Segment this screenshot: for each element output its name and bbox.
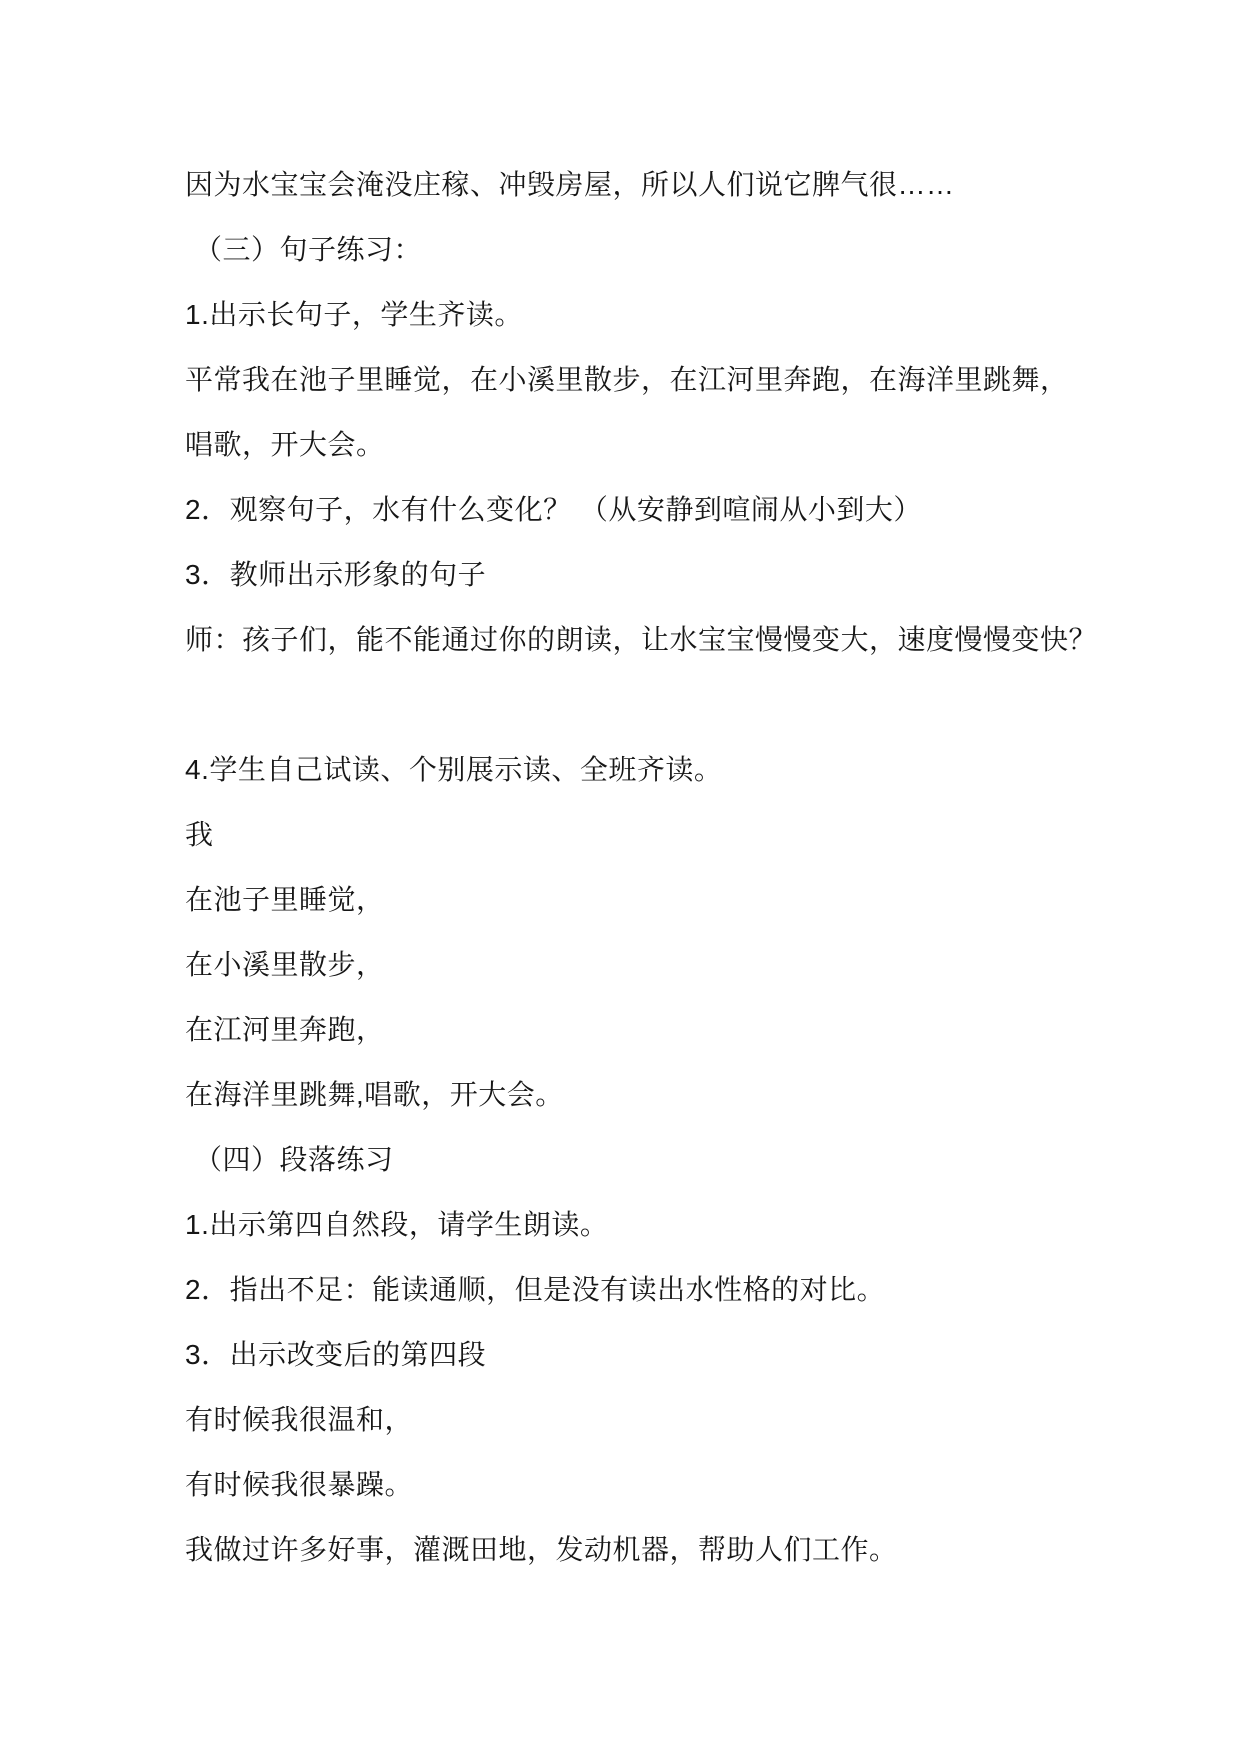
paragraph-line: （四）段落练习 (185, 1127, 1171, 1192)
paragraph-line: 2．观察句子，水有什么变化？ （从安静到喧闹从小到大） (185, 477, 1171, 542)
document-text-body: 因为水宝宝会淹没庄稼、冲毁房屋，所以人们说它脾气很……（三）句子练习：1.出示长… (185, 152, 1171, 1582)
paragraph-line: 有时候我很温和， (185, 1387, 1171, 1452)
paragraph-line: 平常我在池子里睡觉，在小溪里散步，在江河里奔跑，在海洋里跳舞， (185, 347, 1171, 412)
paragraph-line: 在小溪里散步， (185, 932, 1171, 997)
paragraph-line: 在池子里睡觉， (185, 867, 1171, 932)
paragraph-line: 4.学生自己试读、个别展示读、全班齐读。 (185, 737, 1171, 802)
paragraph-line: 因为水宝宝会淹没庄稼、冲毁房屋，所以人们说它脾气很…… (185, 152, 1171, 217)
blank-line (185, 672, 1171, 737)
paragraph-line: （三）句子练习： (185, 217, 1171, 282)
paragraph-line: 我做过许多好事，灌溉田地，发动机器，帮助人们工作。 (185, 1517, 1171, 1582)
document-page: 因为水宝宝会淹没庄稼、冲毁房屋，所以人们说它脾气很……（三）句子练习：1.出示长… (0, 0, 1241, 1754)
paragraph-line: 2．指出不足：能读通顺，但是没有读出水性格的对比。 (185, 1257, 1171, 1322)
paragraph-line: 3．教师出示形象的句子 (185, 542, 1171, 607)
paragraph-line: 唱歌，开大会。 (185, 412, 1171, 477)
paragraph-line: 1.出示长句子，学生齐读。 (185, 282, 1171, 347)
paragraph-line: 有时候我很暴躁。 (185, 1452, 1171, 1517)
paragraph-line: 1.出示第四自然段，请学生朗读。 (185, 1192, 1171, 1257)
paragraph-line: 3．出示改变后的第四段 (185, 1322, 1171, 1387)
paragraph-line: 师：孩子们，能不能通过你的朗读，让水宝宝慢慢变大，速度慢慢变快？ (185, 607, 1171, 672)
paragraph-line: 在江河里奔跑， (185, 997, 1171, 1062)
paragraph-line: 我 (185, 802, 1171, 867)
paragraph-line: 在海洋里跳舞,唱歌，开大会。 (185, 1062, 1171, 1127)
